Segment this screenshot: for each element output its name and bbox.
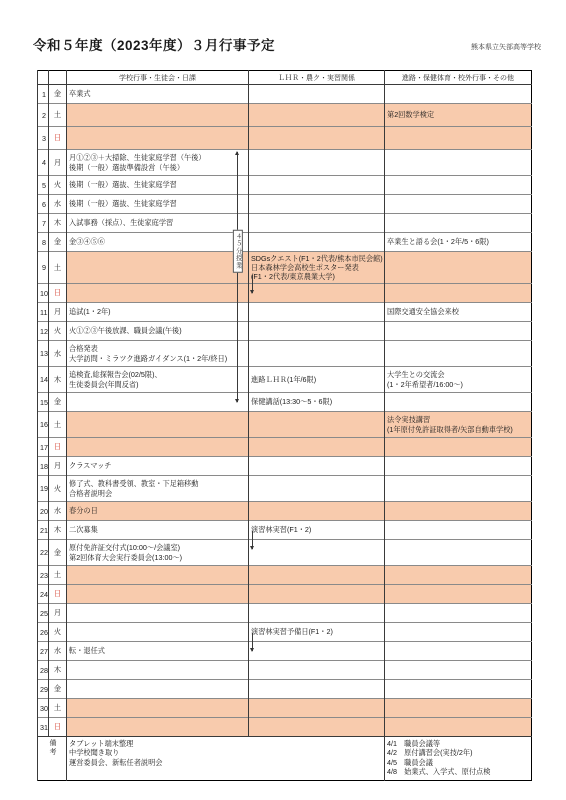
lhr-cell	[249, 233, 385, 252]
cell-text-line: 転・退任式	[69, 646, 246, 655]
date-cell: 3	[38, 127, 49, 150]
other-cell	[385, 502, 532, 521]
table-row: 31日	[38, 718, 532, 737]
other-cell	[385, 341, 532, 367]
other-cell	[385, 284, 532, 303]
date-cell: 18	[38, 457, 49, 476]
cell-text-line: 国際交通安全協会来校	[387, 307, 529, 316]
dow-cell: 火	[49, 176, 67, 195]
cell-text-line: 春分の日	[69, 506, 246, 515]
date-cell: 20	[38, 502, 49, 521]
column-header-events: 学校行事・生徒会・日課	[67, 71, 249, 85]
cell-text-line: 合格者説明会	[69, 489, 246, 498]
date-cell: 25	[38, 604, 49, 623]
events-cell: 春分の日	[67, 502, 249, 521]
date-cell: 14	[38, 367, 49, 393]
note-45min-box: ４５分授業	[232, 230, 242, 273]
other-cell	[385, 127, 532, 150]
table-row: 21木二次募集演習林実習(F1・2)	[38, 521, 532, 540]
dow-cell: 月	[49, 150, 67, 176]
lhr-cell: 保健講話(13:30～5・6限)	[249, 393, 385, 412]
other-cell	[385, 322, 532, 341]
dow-cell: 金	[49, 680, 67, 699]
date-cell: 9	[38, 252, 49, 284]
lhr-cell	[249, 604, 385, 623]
events-cell	[67, 604, 249, 623]
other-cell	[385, 195, 532, 214]
table-row: 10日	[38, 284, 532, 303]
date-cell: 1	[38, 85, 49, 104]
table-row: 3日	[38, 127, 532, 150]
other-cell	[385, 176, 532, 195]
cell-text-line: 第2回体育大会実行委員会(13:00～)	[69, 553, 246, 562]
table-row: 5火後期（一般）選抜、生徒家庭学習	[38, 176, 532, 195]
arrow-down-icon	[250, 290, 254, 294]
events-cell	[67, 623, 249, 642]
table-row: 2土第2回数学検定	[38, 104, 532, 127]
lhr-cell	[249, 85, 385, 104]
other-cell	[385, 521, 532, 540]
table-row: 27水転・退任式	[38, 642, 532, 661]
events-cell	[67, 252, 249, 284]
table-row: 26火演習林実習予備日(F1・2)	[38, 623, 532, 642]
events-cell	[67, 566, 249, 585]
table-row: 16土法令実技講習(1年原付免許証取得者/矢部自動車学校)	[38, 412, 532, 438]
other-cell	[385, 680, 532, 699]
cell-text-line: SDGsクエスト(F1・2代表/熊本市民会館)	[251, 254, 382, 263]
remarks-label: 備考	[47, 739, 57, 757]
cell-text-line: 入試事務（採点）、生徒家庭学習	[69, 218, 246, 227]
dow-cell: 水	[49, 642, 67, 661]
table-row: 19火修了式、教科書受領、教室・下足箱移動合格者説明会	[38, 476, 532, 502]
header-date-cell	[38, 71, 49, 85]
dow-cell: 火	[49, 322, 67, 341]
events-cell	[67, 661, 249, 680]
dow-cell: 土	[49, 699, 67, 718]
table-row: 23土	[38, 566, 532, 585]
cell-text-line: 卒業式	[69, 89, 246, 98]
school-name: 熊本県立矢部高等学校	[471, 42, 541, 52]
table-row: 1金卒業式	[38, 85, 532, 104]
cell-text-line: 生徒委員会(年間反省)	[69, 380, 246, 389]
events-cell	[67, 585, 249, 604]
dow-cell: 火	[49, 623, 67, 642]
dow-cell: 火	[49, 476, 67, 502]
events-cell	[67, 438, 249, 457]
date-cell: 10	[38, 284, 49, 303]
date-cell: 24	[38, 585, 49, 604]
date-cell: 15	[38, 393, 49, 412]
events-cell	[67, 699, 249, 718]
table-row: 11月追試(1・2年)国際交通安全協会来校	[38, 303, 532, 322]
lhr-cell	[249, 341, 385, 367]
column-header-lhr: ＬＨＲ・農ク・実習関係	[249, 71, 385, 85]
cell-text-line: 合格発表	[69, 344, 246, 353]
events-cell: 月①②③＋大掃除、生徒家庭学習（午後）後期（一般）選抜準備設営（午後）	[67, 150, 249, 176]
cell-text-line: 保健講話(13:30～5・6限)	[251, 397, 382, 406]
table-row: 28木	[38, 661, 532, 680]
date-cell: 13	[38, 341, 49, 367]
other-cell: 大学生との交流会(1・2年希望者/16:00～)	[385, 367, 532, 393]
lhr-cell	[249, 127, 385, 150]
dow-cell: 水	[49, 195, 67, 214]
other-cell	[385, 150, 532, 176]
dow-cell: 土	[49, 566, 67, 585]
date-cell: 12	[38, 322, 49, 341]
date-cell: 31	[38, 718, 49, 737]
cell-text-line: 後期（一般）選抜、生徒家庭学習	[69, 199, 246, 208]
date-cell: 4	[38, 150, 49, 176]
events-cell	[67, 104, 249, 127]
remarks-general-cell: タブレット端末整理中学校聞き取り運営委員会、新転任者説明会	[67, 737, 385, 781]
cell-text-line: 大学生との交流会	[387, 370, 529, 379]
remarks-april-cell: 4/1 職員会議等4/2 原付講習会(実技/2年)4/5 職員会議4/8 始業式…	[385, 737, 532, 781]
date-cell: 19	[38, 476, 49, 502]
cell-text-line: (1年原付免許証取得者/矢部自動車学校)	[387, 425, 529, 434]
table-row: 14木追検査,総探報告会(02/5限)、生徒委員会(年間反省)進路ＬＨＲ(1年/…	[38, 367, 532, 393]
cell-text-line: 法令実技講習	[387, 415, 529, 424]
cell-text-line: 4/1 職員会議等	[387, 739, 529, 748]
dow-cell: 日	[49, 438, 67, 457]
table-row: 29金	[38, 680, 532, 699]
cell-text-line: 後期（一般）選抜準備設営（午後）	[69, 163, 246, 172]
events-cell	[67, 284, 249, 303]
cell-text-line: 演習林実習(F1・2)	[251, 525, 382, 534]
other-cell	[385, 642, 532, 661]
table-row: 15金保健講話(13:30～5・6限)	[38, 393, 532, 412]
other-cell	[385, 85, 532, 104]
lhr-cell	[249, 502, 385, 521]
lhr-cell: SDGsクエスト(F1・2代表/熊本市民会館)日本森林学会高校生ポスター発表(F…	[249, 252, 385, 284]
other-cell	[385, 718, 532, 737]
date-cell: 16	[38, 412, 49, 438]
lhr-cell	[249, 104, 385, 127]
events-cell: 後期（一般）選抜、生徒家庭学習	[67, 176, 249, 195]
remarks-row: 備考タブレット端末整理中学校聞き取り運営委員会、新転任者説明会4/1 職員会議等…	[38, 737, 532, 781]
cell-text-line: 演習林実習予備日(F1・2)	[251, 627, 382, 636]
dow-cell: 月	[49, 457, 67, 476]
other-cell: 法令実技講習(1年原付免許証取得者/矢部自動車学校)	[385, 412, 532, 438]
cell-text-line: 4/8 始業式、入学式、原付点検	[387, 767, 529, 776]
lhr-cell	[249, 457, 385, 476]
cell-text-line: 二次募集	[69, 525, 246, 534]
other-cell	[385, 214, 532, 233]
table-row: 18月クラスマッチ	[38, 457, 532, 476]
lhr-cell	[249, 718, 385, 737]
dow-cell: 金	[49, 233, 67, 252]
arrow-down-icon	[250, 648, 254, 652]
other-cell	[385, 623, 532, 642]
cell-text-line: 後期（一般）選抜、生徒家庭学習	[69, 180, 246, 189]
lhr-cell: 進路ＬＨＲ(1年/6限)	[249, 367, 385, 393]
remarks-label-cell: 備考	[38, 737, 67, 781]
page-title: 令和５年度（2023年度）３月行事予定	[33, 34, 275, 54]
table-row: 12火火①②③午後放課、職員会議(午後)	[38, 322, 532, 341]
lhr-cell	[249, 680, 385, 699]
dow-cell: 木	[49, 367, 67, 393]
events-cell: 原付免許証交付式(10:00～/会議室)第2回体育大会実行委員会(13:00～)	[67, 540, 249, 566]
cell-text-line: 大学訪問・ミラツク進路ガイダンス(1・2年/終日)	[69, 354, 246, 363]
lhr-cell: 演習林実習予備日(F1・2)	[249, 623, 385, 642]
duration-arrow	[237, 152, 238, 402]
other-cell	[385, 604, 532, 623]
dow-cell: 金	[49, 540, 67, 566]
table-row: 30土	[38, 699, 532, 718]
other-cell	[385, 585, 532, 604]
dow-cell: 水	[49, 341, 67, 367]
other-cell	[385, 661, 532, 680]
dow-cell: 水	[49, 502, 67, 521]
cell-text-line: 第2回数学検定	[387, 110, 529, 119]
events-cell: 入試事務（採点）、生徒家庭学習	[67, 214, 249, 233]
date-cell: 2	[38, 104, 49, 127]
dow-cell: 日	[49, 585, 67, 604]
cell-text-line: タブレット端末整理	[69, 739, 382, 748]
cell-text-line: 追試(1・2年)	[69, 307, 246, 316]
cell-text-line: 追検査,総探報告会(02/5限)、	[69, 370, 246, 379]
lhr-cell	[249, 284, 385, 303]
lhr-cell	[249, 699, 385, 718]
date-cell: 5	[38, 176, 49, 195]
date-cell: 23	[38, 566, 49, 585]
date-cell: 22	[38, 540, 49, 566]
events-cell: クラスマッチ	[67, 457, 249, 476]
events-cell: 金③④⑤⑥	[67, 233, 249, 252]
other-cell	[385, 252, 532, 284]
dow-cell: 日	[49, 284, 67, 303]
date-cell: 29	[38, 680, 49, 699]
events-cell: 合格発表大学訪問・ミラツク進路ガイダンス(1・2年/終日)	[67, 341, 249, 367]
dow-cell: 土	[49, 104, 67, 127]
cell-text-line: (F1・2代表/東京農業大学)	[251, 272, 382, 281]
cell-text-line: 4/5 職員会議	[387, 758, 529, 767]
header-row: 学校行事・生徒会・日課 ＬＨＲ・農ク・実習関係 進路・保健体育・校外行事・その他	[38, 71, 532, 85]
dow-cell: 月	[49, 303, 67, 322]
dow-cell: 木	[49, 661, 67, 680]
date-cell: 26	[38, 623, 49, 642]
dow-cell: 金	[49, 85, 67, 104]
table-row: 13水合格発表大学訪問・ミラツク進路ガイダンス(1・2年/終日)	[38, 341, 532, 367]
events-cell: 火①②③午後放課、職員会議(午後)	[67, 322, 249, 341]
dow-cell: 土	[49, 412, 67, 438]
column-header-other: 進路・保健体育・校外行事・その他	[385, 71, 532, 85]
table-row: 7木入試事務（採点）、生徒家庭学習	[38, 214, 532, 233]
dow-cell: 木	[49, 521, 67, 540]
cell-text-line: 運営委員会、新転任者説明会	[69, 758, 382, 767]
table-row: 25月	[38, 604, 532, 623]
other-cell	[385, 540, 532, 566]
table-row: 9土SDGsクエスト(F1・2代表/熊本市民会館)日本森林学会高校生ポスター発表…	[38, 252, 532, 284]
dow-cell: 金	[49, 393, 67, 412]
table-row: 24日	[38, 585, 532, 604]
date-cell: 8	[38, 233, 49, 252]
events-cell	[67, 412, 249, 438]
lhr-cell	[249, 438, 385, 457]
lhr-cell: 演習林実習(F1・2)	[249, 521, 385, 540]
events-cell	[67, 393, 249, 412]
table-row: 22金原付免許証交付式(10:00～/会議室)第2回体育大会実行委員会(13:0…	[38, 540, 532, 566]
other-cell	[385, 699, 532, 718]
cell-text-line: 金③④⑤⑥	[69, 237, 246, 246]
cell-text-line: 修了式、教科書受領、教室・下足箱移動	[69, 479, 246, 488]
date-cell: 11	[38, 303, 49, 322]
events-cell: 修了式、教科書受領、教室・下足箱移動合格者説明会	[67, 476, 249, 502]
dow-cell: 木	[49, 214, 67, 233]
table-row: 20水春分の日	[38, 502, 532, 521]
events-cell: 後期（一般）選抜、生徒家庭学習	[67, 195, 249, 214]
cell-text-line: 日本森林学会高校生ポスター発表	[251, 263, 382, 272]
lhr-cell	[249, 412, 385, 438]
lhr-cell	[249, 585, 385, 604]
other-cell	[385, 476, 532, 502]
date-cell: 21	[38, 521, 49, 540]
date-cell: 17	[38, 438, 49, 457]
lhr-cell	[249, 150, 385, 176]
events-cell: 転・退任式	[67, 642, 249, 661]
dow-cell: 月	[49, 604, 67, 623]
arrow-up-icon	[235, 151, 239, 155]
events-cell: 追検査,総探報告会(02/5限)、生徒委員会(年間反省)	[67, 367, 249, 393]
schedule-table: 学校行事・生徒会・日課 ＬＨＲ・農ク・実習関係 進路・保健体育・校外行事・その他…	[37, 70, 532, 781]
lhr-cell	[249, 176, 385, 195]
cell-text-line: 卒業生と語る会(1・2年/5・6限)	[387, 237, 529, 246]
dow-cell: 日	[49, 127, 67, 150]
lhr-cell	[249, 540, 385, 566]
other-cell	[385, 438, 532, 457]
date-cell: 7	[38, 214, 49, 233]
date-cell: 30	[38, 699, 49, 718]
events-cell	[67, 127, 249, 150]
lhr-cell	[249, 214, 385, 233]
events-cell: 追試(1・2年)	[67, 303, 249, 322]
cell-text-line: 火①②③午後放課、職員会議(午後)	[69, 326, 246, 335]
date-cell: 27	[38, 642, 49, 661]
table-row: 4月月①②③＋大掃除、生徒家庭学習（午後）後期（一般）選抜準備設営（午後）	[38, 150, 532, 176]
lhr-cell	[249, 303, 385, 322]
header-dow-cell	[49, 71, 67, 85]
table-row: 17日	[38, 438, 532, 457]
cell-text-line: 進路ＬＨＲ(1年/6限)	[251, 375, 382, 384]
schedule-table-wrap: 学校行事・生徒会・日課 ＬＨＲ・農ク・実習関係 進路・保健体育・校外行事・その他…	[37, 70, 531, 781]
other-cell: 卒業生と語る会(1・2年/5・6限)	[385, 233, 532, 252]
events-cell: 二次募集	[67, 521, 249, 540]
lhr-cell	[249, 195, 385, 214]
lhr-cell	[249, 322, 385, 341]
other-cell: 国際交通安全協会来校	[385, 303, 532, 322]
table-row: 6水後期（一般）選抜、生徒家庭学習	[38, 195, 532, 214]
arrow-down-icon	[235, 399, 239, 403]
cell-text-line: 月①②③＋大掃除、生徒家庭学習（午後）	[69, 153, 246, 162]
events-cell: 卒業式	[67, 85, 249, 104]
lhr-cell	[249, 566, 385, 585]
lhr-cell	[249, 642, 385, 661]
other-cell	[385, 566, 532, 585]
other-cell: 第2回数学検定	[385, 104, 532, 127]
date-cell: 6	[38, 195, 49, 214]
arrow-down-icon	[250, 546, 254, 550]
lhr-cell	[249, 661, 385, 680]
lhr-cell	[249, 476, 385, 502]
other-cell	[385, 393, 532, 412]
cell-text-line: クラスマッチ	[69, 461, 246, 470]
table-row: 8金金③④⑤⑥卒業生と語る会(1・2年/5・6限)	[38, 233, 532, 252]
dow-cell: 日	[49, 718, 67, 737]
cell-text-line: 4/2 原付講習会(実技/2年)	[387, 748, 529, 757]
events-cell	[67, 680, 249, 699]
other-cell	[385, 457, 532, 476]
cell-text-line: (1・2年希望者/16:00～)	[387, 380, 529, 389]
events-cell	[67, 718, 249, 737]
dow-cell: 土	[49, 252, 67, 284]
cell-text-line: 中学校聞き取り	[69, 748, 382, 757]
cell-text-line: 原付免許証交付式(10:00～/会議室)	[69, 543, 246, 552]
date-cell: 28	[38, 661, 49, 680]
